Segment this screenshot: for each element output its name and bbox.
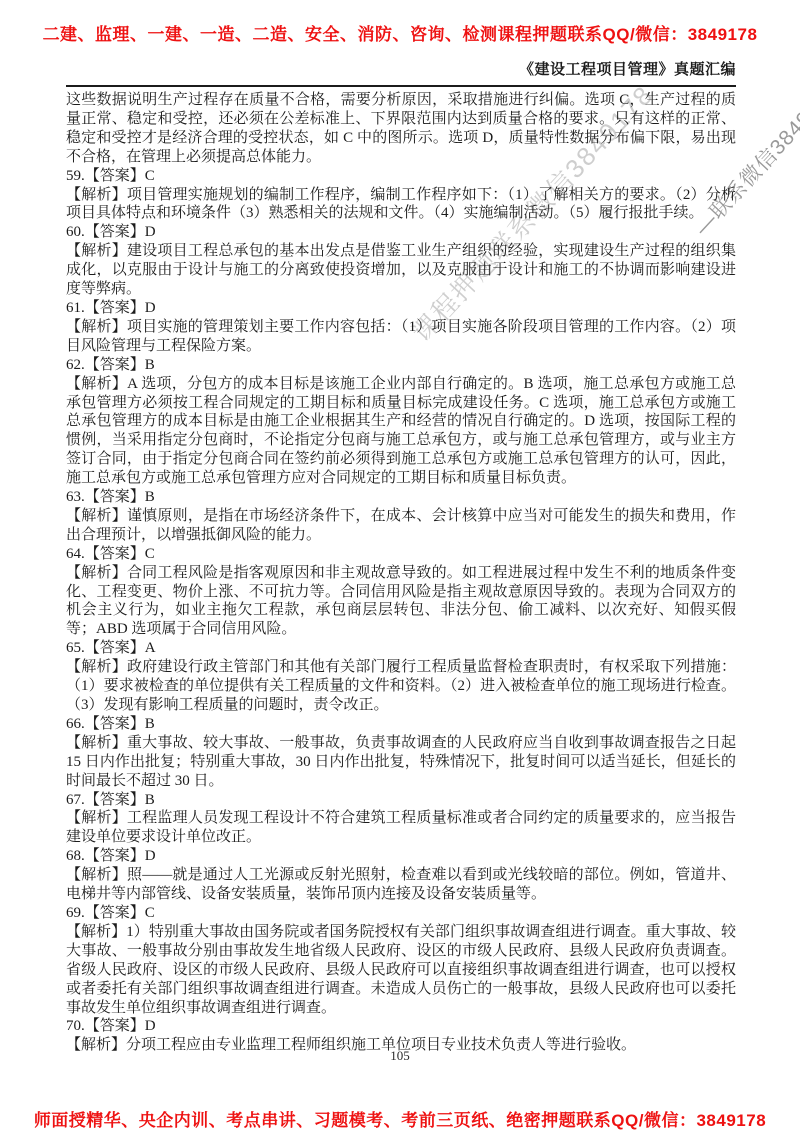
intro-paragraph: 这些数据说明生产过程存在质量不合格，需要分析原因，采取措施进行纠偏。选项 C，生… <box>66 91 736 167</box>
question-number: 69. <box>66 905 85 921</box>
answer-line: 68.【答案】D <box>66 847 736 866</box>
page-title: 《建设工程项目管理》真题汇编 <box>519 58 736 79</box>
analysis-paragraph: 【解析】A 选项，分包方的成本目标是该施工企业内部自行确定的。B 选项，施工总承… <box>66 375 736 488</box>
answer-line: 70.【答案】D <box>66 1017 736 1036</box>
answer-value: B <box>145 716 155 732</box>
qa-item: 60.【答案】D 【解析】建设项目工程总承包的基本出发点是借鉴工业生产组织的经验… <box>66 223 736 299</box>
answer-value: D <box>145 224 156 240</box>
qa-item: 68.【答案】D 【解析】照——就是通过人工光源或反射光照射，检查难以看到或光线… <box>66 847 736 904</box>
answer-label: 【答案】 <box>85 792 145 808</box>
analysis-text: 工程监理人员发现工程设计不符合建筑工程质量标准或者合同约定的质量要求的，应当报告… <box>66 810 736 845</box>
bottom-promo-banner: 师面授精华、央企内训、考点串讲、习题模考、考前三页纸、绝密押题联系QQ/微信：3… <box>0 1110 800 1131</box>
question-number: 65. <box>66 640 85 656</box>
answer-value: B <box>145 357 155 373</box>
analysis-paragraph: 【解析】项目管理实施规划的编制工作程序，编制工作程序如下：（1）了解相关方的要求… <box>66 186 736 224</box>
analysis-text: 项目管理实施规划的编制工作程序，编制工作程序如下：（1）了解相关方的要求。（2）… <box>66 187 736 222</box>
answer-line: 63.【答案】B <box>66 488 736 507</box>
question-number: 59. <box>66 168 85 184</box>
analysis-text: 1）特别重大事故由国务院或者国务院授权有关部门组织事故调查组进行调查。重大事故、… <box>66 924 736 1016</box>
question-number: 66. <box>66 716 85 732</box>
question-number: 62. <box>66 357 85 373</box>
question-number: 67. <box>66 792 85 808</box>
question-number: 64. <box>66 546 85 562</box>
answer-label: 【答案】 <box>85 640 145 656</box>
analysis-paragraph: 【解析】合同工程风险是指客观原因和非主观故意导致的。如工程进展过程中发生不利的地… <box>66 564 736 640</box>
analysis-text: 谨慎原则，是指在市场经济条件下，在成本、会计核算中应当对可能发生的损失和费用，作… <box>66 508 736 543</box>
analysis-paragraph: 【解析】工程监理人员发现工程设计不符合建筑工程质量标准或者合同约定的质量要求的，… <box>66 809 736 847</box>
answer-label: 【答案】 <box>85 224 145 240</box>
answer-value: D <box>145 1018 156 1034</box>
analysis-text: 照——就是通过人工光源或反射光照射，检查难以看到或光线较暗的部位。例如，管道井、… <box>66 867 736 902</box>
answer-label: 【答案】 <box>85 716 145 732</box>
analysis-paragraph: 【解析】建设项目工程总承包的基本出发点是借鉴工业生产组织的经验，实现建设生产过程… <box>66 242 736 299</box>
answer-value: D <box>145 300 156 316</box>
answer-line: 67.【答案】B <box>66 791 736 810</box>
analysis-label: 【解析】 <box>66 735 127 751</box>
answer-line: 62.【答案】B <box>66 356 736 375</box>
answer-label: 【答案】 <box>85 489 145 505</box>
analysis-label: 【解析】 <box>66 376 127 392</box>
analysis-paragraph: 【解析】1）特别重大事故由国务院或者国务院授权有关部门组织事故调查组进行调查。重… <box>66 923 736 1018</box>
analysis-text: A 选项，分包方的成本目标是该施工企业内部自行确定的。B 选项，施工总承包方或施… <box>66 376 736 487</box>
question-number: 68. <box>66 848 85 864</box>
analysis-text: 政府建设行政主管部门和其他有关部门履行工程质量监督检查职责时，有权采取下列措施：… <box>66 659 736 713</box>
answer-line: 61.【答案】D <box>66 299 736 318</box>
answer-label: 【答案】 <box>85 300 145 316</box>
question-number: 70. <box>66 1018 85 1034</box>
question-number: 60. <box>66 224 85 240</box>
page-number: 105 <box>0 1048 800 1064</box>
analysis-label: 【解析】 <box>66 659 127 675</box>
answer-line: 69.【答案】C <box>66 904 736 923</box>
qa-item: 67.【答案】B 【解析】工程监理人员发现工程设计不符合建筑工程质量标准或者合同… <box>66 791 736 848</box>
question-number: 63. <box>66 489 85 505</box>
analysis-label: 【解析】 <box>66 319 127 335</box>
qa-items: 59.【答案】C 【解析】项目管理实施规划的编制工作程序，编制工作程序如下：（1… <box>66 167 736 1056</box>
analysis-paragraph: 【解析】项目实施的管理策划主要工作内容包括：（1）项目实施各阶段项目管理的工作内… <box>66 318 736 356</box>
answer-label: 【答案】 <box>85 168 145 184</box>
answer-label: 【答案】 <box>85 546 145 562</box>
answer-value: B <box>145 792 155 808</box>
answer-label: 【答案】 <box>85 1018 145 1034</box>
qa-item: 59.【答案】C 【解析】项目管理实施规划的编制工作程序，编制工作程序如下：（1… <box>66 167 736 224</box>
qa-item: 69.【答案】C 【解析】1）特别重大事故由国务院或者国务院授权有关部门组织事故… <box>66 904 736 1017</box>
answer-line: 65.【答案】A <box>66 639 736 658</box>
answer-line: 59.【答案】C <box>66 167 736 186</box>
answer-key-content: 这些数据说明生产过程存在质量不合格，需要分析原因，采取措施进行纠偏。选项 C，生… <box>66 91 736 1055</box>
answer-line: 64.【答案】C <box>66 545 736 564</box>
answer-label: 【答案】 <box>85 905 145 921</box>
qa-item: 65.【答案】A 【解析】政府建设行政主管部门和其他有关部门履行工程质量监督检查… <box>66 639 736 715</box>
answer-value: C <box>145 546 155 562</box>
answer-label: 【答案】 <box>85 357 145 373</box>
analysis-label: 【解析】 <box>66 243 127 259</box>
qa-item: 62.【答案】B 【解析】A 选项，分包方的成本目标是该施工企业内部自行确定的。… <box>66 356 736 488</box>
analysis-label: 【解析】 <box>66 924 126 940</box>
question-number: 61. <box>66 300 85 316</box>
qa-item: 64.【答案】C 【解析】合同工程风险是指客观原因和非主观故意导致的。如工程进展… <box>66 545 736 640</box>
top-promo-banner: 二建、监理、一建、一造、二造、安全、消防、咨询、检测课程押题联系QQ/微信：38… <box>0 24 800 45</box>
answer-value: A <box>145 640 156 656</box>
qa-item: 61.【答案】D 【解析】项目实施的管理策划主要工作内容包括：（1）项目实施各阶… <box>66 299 736 356</box>
analysis-text: 项目实施的管理策划主要工作内容包括：（1）项目实施各阶段项目管理的工作内容。（2… <box>66 319 736 354</box>
qa-item: 63.【答案】B 【解析】谨慎原则，是指在市场经济条件下，在成本、会计核算中应当… <box>66 488 736 545</box>
analysis-label: 【解析】 <box>66 867 127 883</box>
answer-value: C <box>145 168 155 184</box>
header-divider <box>66 85 736 87</box>
answer-value: D <box>145 848 156 864</box>
analysis-label: 【解析】 <box>66 187 127 203</box>
qa-item: 66.【答案】B 【解析】重大事故、较大事故、一般事故，负责事故调查的人民政府应… <box>66 715 736 791</box>
answer-line: 60.【答案】D <box>66 223 736 242</box>
analysis-paragraph: 【解析】谨慎原则，是指在市场经济条件下，在成本、会计核算中应当对可能发生的损失和… <box>66 507 736 545</box>
answer-value: B <box>145 489 155 505</box>
answer-label: 【答案】 <box>85 848 145 864</box>
analysis-paragraph: 【解析】政府建设行政主管部门和其他有关部门履行工程质量监督检查职责时，有权采取下… <box>66 658 736 715</box>
analysis-label: 【解析】 <box>66 565 127 581</box>
analysis-paragraph: 【解析】照——就是通过人工光源或反射光照射，检查难以看到或光线较暗的部位。例如，… <box>66 866 736 904</box>
analysis-label: 【解析】 <box>66 810 127 826</box>
analysis-label: 【解析】 <box>66 508 127 524</box>
answer-line: 66.【答案】B <box>66 715 736 734</box>
analysis-paragraph: 【解析】重大事故、较大事故、一般事故，负责事故调查的人民政府应当自收到事故调查报… <box>66 734 736 791</box>
analysis-text: 合同工程风险是指客观原因和非主观故意导致的。如工程进展过程中发生不利的地质条件变… <box>66 565 736 638</box>
analysis-text: 建设项目工程总承包的基本出发点是借鉴工业生产组织的经验，实现建设生产过程的组织集… <box>66 243 736 297</box>
answer-value: C <box>145 905 155 921</box>
analysis-text: 重大事故、较大事故、一般事故，负责事故调查的人民政府应当自收到事故调查报告之日起… <box>66 735 736 789</box>
